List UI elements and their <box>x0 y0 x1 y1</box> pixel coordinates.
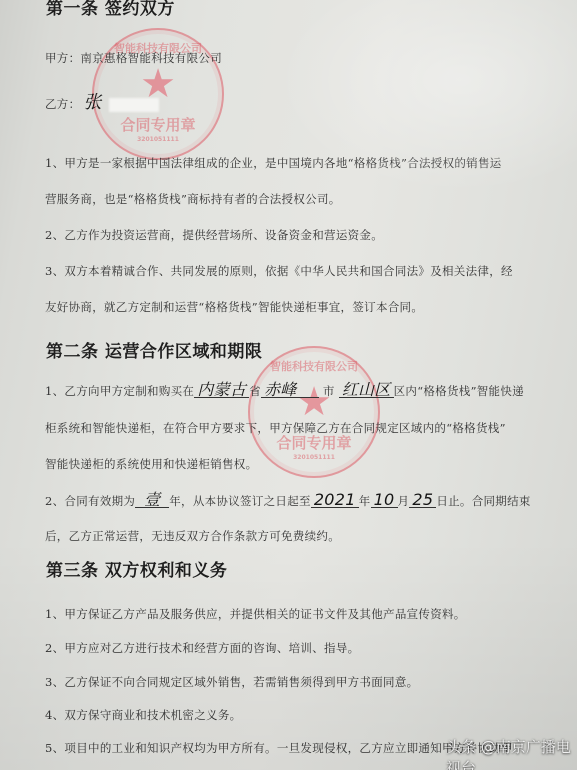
party-a-label: 甲方： <box>45 51 80 65</box>
art3-item-4: 4、双方保守商业和技术机密之义务。 <box>45 707 241 723</box>
art3-item-2: 2、甲方应对乙方进行技术和经营方面的咨询、培训、指导。 <box>45 640 359 656</box>
contract-page: ★ 智能科技有限公司 合同专用章 3201051111 第一条 签约双方 甲方：… <box>0 0 577 770</box>
year-suffix: 年 <box>359 494 371 508</box>
art2-item2-line2: 后，乙方正常运营，无违反双方合作条款方可免费续约。 <box>45 528 340 544</box>
art2-item1-line3: 智能快递柜的系统使用和快递柜销售权。 <box>45 456 257 472</box>
article-3-heading: 第三条 双方权利和义务 <box>46 556 227 581</box>
seal-top-text: 智能科技有限公司 <box>250 358 378 374</box>
art1-item1-line2: 营服务商，也是“格格货栈”商标持有者的合法授权公司。 <box>45 191 341 207</box>
art2-item1-line1: 1、乙方向甲方定制和购买在内蒙古省赤峰 市 红山区区内“格格货栈”智能快递 <box>45 383 524 399</box>
art1-item2-line1: 2、乙方作为投资运营商，提供经营场所、设备资金和营运资金。 <box>45 227 383 243</box>
article-2-heading: 第二条 运营合作区域和期限 <box>46 337 262 362</box>
art3-item-5: 5、项目中的工业和知识产权均为甲方所有。一旦发现侵权，乙方应立即通知甲方并协助甲 <box>45 740 513 756</box>
term-years-handwritten: 壹 <box>135 493 169 508</box>
month-suffix: 月 <box>398 494 410 508</box>
party-b-row: 乙方：张 <box>45 96 159 112</box>
art1-item3-line2: 友好协商，就乙方定制和运营“格格货栈”智能快递柜事宜，签订本合同。 <box>45 299 423 315</box>
company-seal-2: ★ 智能科技有限公司 合同专用章 3201051111 <box>248 346 380 478</box>
art2-item2-line1: 2、合同有效期为壹年，从本协议签订之日起至2021年10月25日止。合同期结束 <box>45 493 531 509</box>
party-b-handwritten-name: 张 <box>80 96 104 110</box>
end-year-handwritten: 2021 <box>311 493 359 508</box>
district-handwritten: 红山区 <box>339 383 394 398</box>
district-suffix: 区内“格格货栈”智能快递 <box>394 384 524 398</box>
source-watermark: 头条 @南京广播电视台 <box>446 736 577 770</box>
party-a-value: 南京惠格智能科技有限公司 <box>80 51 222 65</box>
party-a-row: 甲方：南京惠格智能科技有限公司 <box>45 50 222 66</box>
art2-item1-line2: 柜系统和智能快递柜，在符合甲方要求下，甲方保障乙方在合同规定区域内的“格格货栈” <box>45 420 506 436</box>
end-day-handwritten: 25 <box>409 493 436 508</box>
party-b-label: 乙方： <box>45 97 80 111</box>
province-handwritten: 内蒙古 <box>194 383 249 398</box>
art2-item2-mid: 年，从本协议签订之日起至 <box>169 494 311 508</box>
city-handwritten: 赤峰 <box>261 383 319 398</box>
city-suffix: 市 <box>323 384 335 398</box>
art1-item3-line1: 3、双方本着精诚合作、共同发展的原则，依据《中华人民共和国合同法》及相关法律，经 <box>45 263 513 279</box>
seal-bottom-text: 合同专用章 <box>94 114 222 135</box>
redacted-name <box>109 98 159 112</box>
end-month-handwritten: 10 <box>371 493 398 508</box>
art2-item1-prefix: 1、乙方向甲方定制和购买在 <box>45 384 194 398</box>
province-suffix: 省 <box>249 384 261 398</box>
seal-number: 3201051111 <box>94 136 222 143</box>
article-1-heading: 第一条 签约双方 <box>46 0 175 19</box>
art1-item1-line1: 1、甲方是一家根据中国法律组成的企业，是中国境内各地“格格货栈”合法授权的销售运 <box>45 155 502 171</box>
seal-number: 3201051111 <box>250 454 378 461</box>
company-seal-1: ★ 智能科技有限公司 合同专用章 3201051111 <box>92 28 224 160</box>
art3-item-3: 3、乙方保证不向合同规定区域外销售，若需销售须得到甲方书面同意。 <box>45 674 418 690</box>
day-suffix: 日止。合同期结束 <box>436 494 530 508</box>
art3-item-1: 1、甲方保证乙方产品及服务供应，并提供相关的证书文件及其他产品宣传资料。 <box>45 606 466 622</box>
art2-item2-prefix: 2、合同有效期为 <box>45 494 135 508</box>
